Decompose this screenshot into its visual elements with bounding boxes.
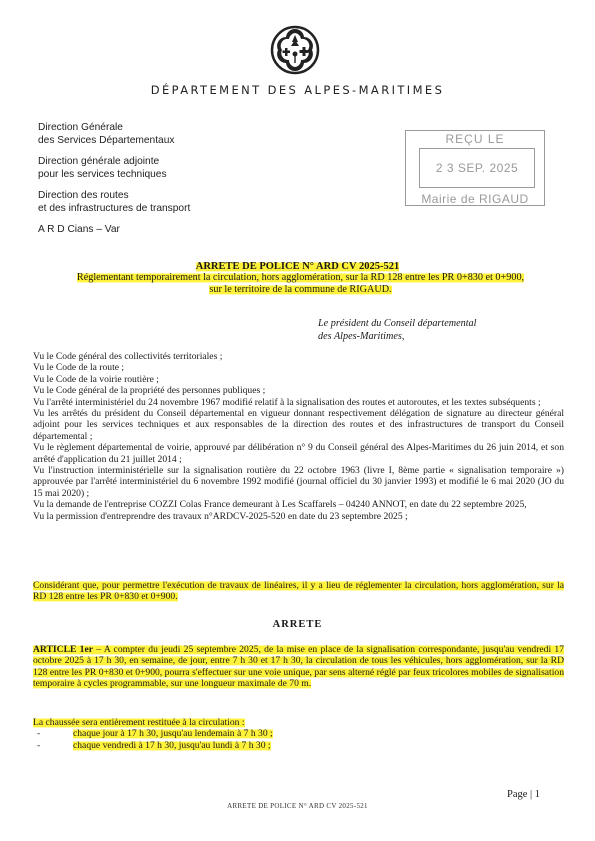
restitution-item-text: chaque jour à 17 h 30, jusqu'au lendemai… <box>73 728 273 739</box>
service-line: Direction générale adjointe <box>38 156 190 169</box>
restitution-clause: La chaussée sera entièrement restituée à… <box>33 717 564 751</box>
service-line: et des infrastructures de transport <box>38 203 190 216</box>
coat-of-arms-icon <box>270 25 320 75</box>
decree-title: ARRETE DE POLICE N° ARD CV 2025-521 <box>0 261 595 272</box>
service-line: Direction des routes <box>38 190 190 203</box>
service-dgs: Direction Générale des Services Départem… <box>38 122 190 147</box>
received-stamp: REÇU LE 2 3 SEP. 2025 Mairie de RIGAUD <box>405 130 545 206</box>
stamp-date: 2 3 SEP. 2025 <box>419 148 535 188</box>
restitution-intro: La chaussée sera entièrement restituée à… <box>33 717 245 728</box>
president-signatory: Le président du Conseil départemental de… <box>318 318 476 343</box>
page-number: Page | 1 <box>507 789 540 800</box>
department-logo <box>270 25 320 75</box>
decree-subtitle: Réglementant temporairement la circulati… <box>38 272 563 296</box>
department-name: DÉPARTEMENT DES ALPES-MARITIMES <box>0 83 595 97</box>
vu-clause: Vu le Code général des collectivités ter… <box>33 351 564 362</box>
service-routes: Direction des routes et des infrastructu… <box>38 190 190 215</box>
restitution-list: chaque jour à 17 h 30, jusqu'au lendemai… <box>33 728 564 751</box>
considerant-clause: Considérant que, pour permettre l'exécut… <box>33 580 564 603</box>
vu-clause: Vu les arrêtés du président du Conseil d… <box>33 408 564 442</box>
vu-clause: Vu la demande de l'entreprise COZZI Cola… <box>33 499 564 510</box>
vu-clause: Vu la permission d'entreprendre des trav… <box>33 511 564 522</box>
service-line: Direction Générale <box>38 122 190 135</box>
vu-clause: Vu l'arrêté interministériel du 24 novem… <box>33 397 564 408</box>
restitution-item: chaque jour à 17 h 30, jusqu'au lendemai… <box>33 728 564 739</box>
vu-clause: Vu le Code de la route ; <box>33 362 564 373</box>
subtitle-line: sur le territoire de la commune de RIGAU… <box>209 284 391 295</box>
article-1: ARTICLE 1er – A compter du jeudi 25 sept… <box>33 644 564 690</box>
arrete-heading: ARRETE <box>0 619 595 630</box>
service-ard: A R D Cians – Var <box>38 224 190 237</box>
vu-clauses: Vu le Code général des collectivités ter… <box>33 351 564 522</box>
decree-title-text: ARRETE DE POLICE N° ARD CV 2025-521 <box>196 261 400 272</box>
subtitle-line: Réglementant temporairement la circulati… <box>77 272 524 283</box>
stamp-received-label: REÇU LE <box>406 132 544 146</box>
service-dgast: Direction générale adjointe pour les ser… <box>38 156 190 181</box>
restitution-item: chaque vendredi à 17 h 30, jusqu'au lund… <box>33 740 564 751</box>
issuing-services: Direction Générale des Services Départem… <box>38 122 190 246</box>
vu-clause: Vu le Code de la voirie routière ; <box>33 374 564 385</box>
vu-clause: Vu le Code général de la propriété des p… <box>33 385 564 396</box>
service-line: pour les services techniques <box>38 169 190 182</box>
article-1-text: – A compter du jeudi 25 septembre 2025, … <box>33 644 564 689</box>
service-line: A R D Cians – Var <box>38 224 190 237</box>
president-line: des Alpes-Maritimes, <box>318 331 476 344</box>
service-line: des Services Départementaux <box>38 135 190 148</box>
vu-clause: Vu le règlement départemental de voirie,… <box>33 442 564 465</box>
stamp-mairie: Mairie de RIGAUD <box>406 192 544 206</box>
page-footer: ARRETE DE POLICE N° ARD CV 2025-521 <box>0 802 595 810</box>
president-line: Le président du Conseil départemental <box>318 318 476 331</box>
considerant-text: Considérant que, pour permettre l'exécut… <box>33 580 564 602</box>
vu-clause: Vu l'instruction interministérielle sur … <box>33 465 564 499</box>
restitution-item-text: chaque vendredi à 17 h 30, jusqu'au lund… <box>73 740 271 751</box>
article-1-label: ARTICLE 1er <box>33 644 93 655</box>
